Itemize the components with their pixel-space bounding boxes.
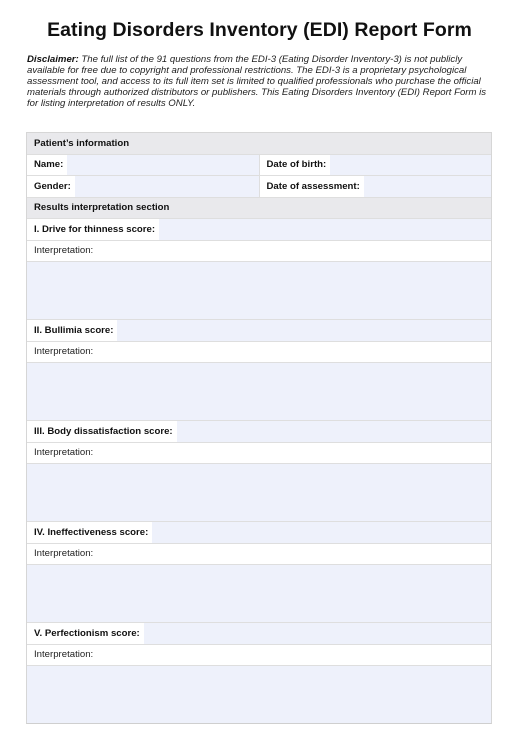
assessment-date-label: Date of assessment:: [260, 176, 364, 197]
page-title: Eating Disorders Inventory (EDI) Report …: [0, 19, 519, 42]
body-dissatisfaction-score-field[interactable]: [177, 421, 491, 442]
patient-info-header: Patient’s information: [27, 133, 491, 155]
interpretation-label: Interpretation:: [27, 241, 491, 263]
scale-score-label: V. Perfectionism score:: [27, 623, 144, 644]
ineffectiveness-interpretation-field[interactable]: [27, 565, 491, 623]
perfectionism-interpretation-field[interactable]: [27, 666, 491, 723]
interpretation-label: Interpretation:: [27, 544, 491, 566]
scale-score-label: II. Bullimia score:: [27, 320, 117, 341]
gender-cell: Gender:: [27, 176, 259, 197]
scale-score-row: III. Body dissatisfaction score:: [27, 421, 491, 443]
gender-label: Gender:: [27, 176, 75, 197]
patient-row-gender-date: Gender: Date of assessment:: [27, 176, 491, 198]
disclaimer-text: The full list of the 91 questions from t…: [27, 54, 486, 109]
ineffectiveness-score-field[interactable]: [152, 522, 491, 543]
gender-field[interactable]: [75, 176, 259, 197]
bulimia-interpretation-field[interactable]: [27, 363, 491, 421]
report-form-table: Patient’s information Name: Date of birt…: [26, 132, 492, 724]
scale-score-row: IV. Ineffectiveness score:: [27, 522, 491, 544]
drive-for-thinness-score-field[interactable]: [159, 219, 491, 240]
results-section-header: Results interpretation section: [27, 198, 491, 220]
scale-score-label: III. Body dissatisfaction score:: [27, 421, 177, 442]
dob-label: Date of birth:: [260, 155, 331, 176]
disclaimer-label: Disclaimer:: [27, 54, 79, 65]
scale-score-label: I. Drive for thinness score:: [27, 219, 159, 240]
name-cell: Name:: [27, 155, 259, 176]
scale-score-row: I. Drive for thinness score:: [27, 219, 491, 241]
dob-field[interactable]: [330, 155, 491, 176]
patient-row-name-dob: Name: Date of birth:: [27, 155, 491, 177]
perfectionism-score-field[interactable]: [144, 623, 491, 644]
interpretation-label: Interpretation:: [27, 645, 491, 667]
assessment-date-cell: Date of assessment:: [259, 176, 492, 197]
bulimia-score-field[interactable]: [117, 320, 491, 341]
assessment-date-field[interactable]: [364, 176, 491, 197]
scale-score-row: II. Bullimia score:: [27, 320, 491, 342]
body-dissatisfaction-interpretation-field[interactable]: [27, 464, 491, 522]
interpretation-label: Interpretation:: [27, 342, 491, 364]
scale-score-label: IV. Ineffectiveness score:: [27, 522, 152, 543]
disclaimer: Disclaimer: The full list of the 91 ques…: [27, 55, 497, 110]
interpretation-label: Interpretation:: [27, 443, 491, 465]
dob-cell: Date of birth:: [259, 155, 492, 176]
drive-for-thinness-interpretation-field[interactable]: [27, 262, 491, 320]
name-label: Name:: [27, 155, 67, 176]
scale-score-row: V. Perfectionism score:: [27, 623, 491, 645]
name-field[interactable]: [67, 155, 258, 176]
